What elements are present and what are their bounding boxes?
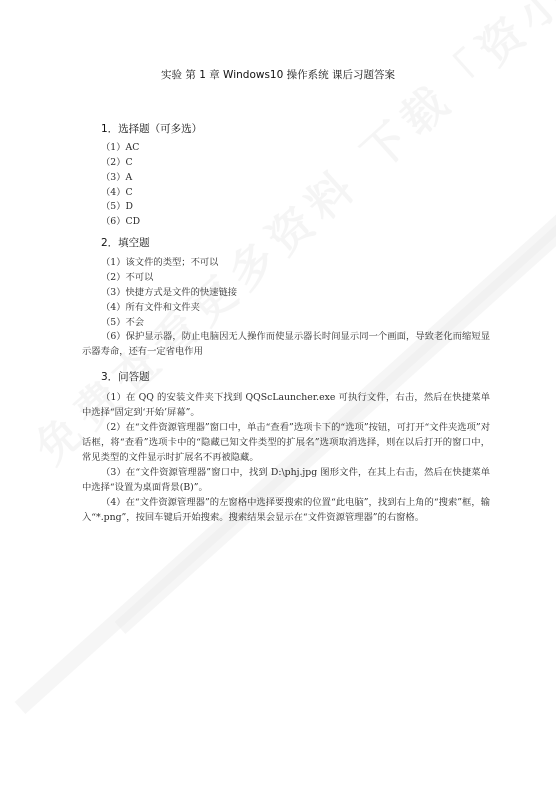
answer-paragraph: （1）在 QQ 的安装文件夹下找到 QQScLauncher.exe 可执行文件…	[82, 391, 490, 421]
section-heading-qa: 3．问答题	[101, 369, 150, 384]
answer-item: （1）该文件的类型；不可以	[101, 257, 218, 269]
section-heading-fill: 2．填空题	[101, 235, 150, 250]
answer-item: （4）所有文件和文件夹	[101, 302, 200, 314]
answer-item: （3）A	[101, 172, 132, 184]
section-heading-choice: 1．选择题（可多选）	[101, 121, 202, 136]
answer-item: （5）D	[101, 201, 133, 213]
answer-item: （1）AC	[101, 142, 139, 154]
document-page: 免费查看更多资料 下载「资小料」APP 实验 第 1 章 Windows10 操…	[0, 0, 556, 790]
answer-item: （4）C	[101, 187, 133, 199]
answer-item: （3）快捷方式是文件的快速链接	[101, 287, 237, 299]
answer-paragraph: （4）在“文件资源管理器”的左窗格中选择要搜索的位置“此电脑”，找到右上角的“搜…	[82, 496, 490, 526]
answer-paragraph: （2）在“文件资源管理器”窗口中，单击“查看”选项卡下的“选项”按钮，可打开“文…	[82, 421, 490, 465]
answer-paragraph: （3）在“文件资源管理器”窗口中，找到 D:\phj.jpg 图形文件，在其上右…	[82, 466, 490, 496]
answer-item: （2）C	[101, 157, 133, 169]
answer-paragraph: （6）保护显示器，防止电脑因无人操作而使显示器长时间显示同一个画面，导致老化而缩…	[82, 330, 490, 360]
answer-item: （5）不会	[101, 317, 144, 329]
answer-item: （2）不可以	[101, 272, 153, 284]
page-title: 实验 第 1 章 Windows10 操作系统 课后习题答案	[0, 67, 556, 82]
watermark-stripe	[115, 20, 556, 634]
answer-item: （6）CD	[101, 216, 140, 228]
